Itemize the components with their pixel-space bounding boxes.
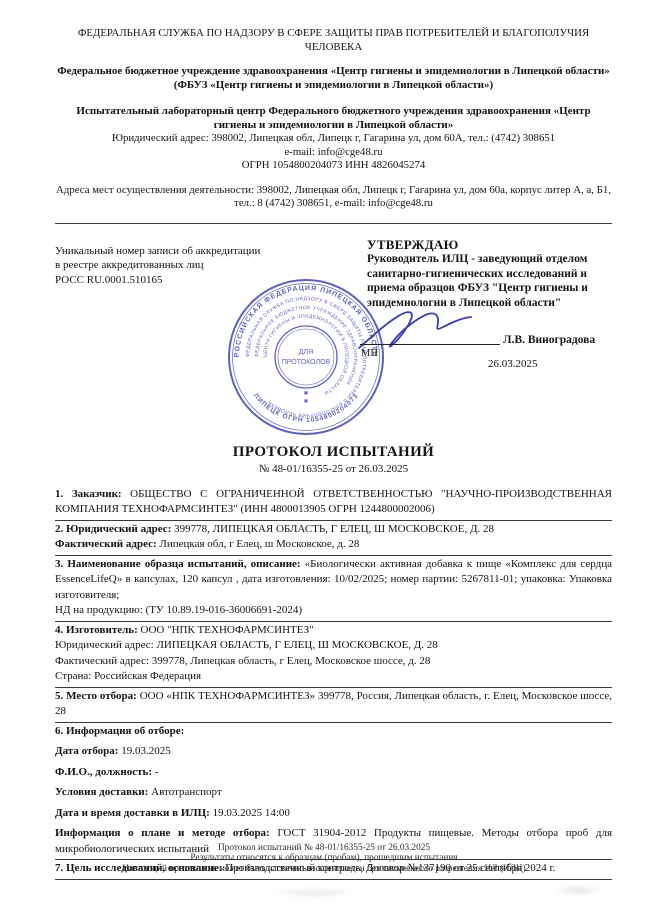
legal-address-row: 2. Юридический адрес: 399778, ЛИПЕЦКАЯ О…: [55, 522, 612, 538]
stamp-star-icon: ✱: [303, 390, 308, 397]
signature-line: [360, 344, 500, 345]
footer-results-note: Результаты относятся к образцам (пробам)…: [0, 853, 648, 863]
stamp-place-label: МП: [361, 348, 378, 359]
stamp-center-line1: ДЛЯ: [299, 349, 313, 356]
signer-name: Л.В. Виноградова: [503, 334, 595, 346]
sampler-row: Ф.И.О., должность: -: [55, 765, 612, 781]
accreditation-line1: Уникальный номер записи об аккредитации: [55, 244, 260, 259]
sampler-label: Ф.И.О., должность:: [55, 766, 152, 778]
protocol-document-page: ФЕДЕРАЛЬНАЯ СЛУЖБА ПО НАДЗОРУ В СФЕРЕ ЗА…: [0, 0, 648, 909]
section-sampling-info: 6. Информация об отборе: Дата отбора: 19…: [55, 723, 612, 861]
sample-description-row: 3. Наименование образца испытаний, описа…: [55, 557, 612, 604]
legal-address-line: Юридический адрес: 398002, Липецкая обл,…: [55, 132, 612, 146]
sample-description-label: 3. Наименование образца испытаний, описа…: [55, 558, 301, 570]
legal-address-label: 2. Юридический адрес:: [55, 523, 171, 535]
sampler-value: -: [155, 766, 159, 778]
approval-date: 26.03.2025: [488, 358, 538, 370]
delivery-conditions-value: Автотранспорт: [151, 786, 222, 798]
actual-address-row: Фактический адрес: Липецкая обл, г Елец,…: [55, 537, 612, 553]
stamp-star-icon: ✱: [303, 398, 308, 405]
page-footer: Протокол испытаний № 48-01/16355-25 от 2…: [0, 843, 648, 874]
section-sampling-place: 5. Место отбора: ООО «НПК ТЕХНОФАРМСИНТЕ…: [55, 688, 612, 723]
protocol-title-block: ПРОТОКОЛ ИСПЫТАНИЙ № 48-01/16355-25 от 2…: [55, 444, 612, 475]
footer-protocol-ref: Протокол испытаний № 48-01/16355-25 от 2…: [0, 843, 648, 853]
sampling-date-label: Дата отбора:: [55, 745, 118, 757]
federal-service-name: ФЕДЕРАЛЬНАЯ СЛУЖБА ПО НАДЗОРУ В СФЕРЕ ЗА…: [55, 26, 612, 54]
sampling-method-label: Информация о плане и методе отбора:: [55, 827, 270, 839]
organization-name: Федеральное бюджетное учреждение здравоо…: [55, 64, 612, 92]
actual-address-label: Фактический адрес:: [55, 538, 157, 550]
manufacturer-row: 4. Изготовитель: ООО "НПК ТЕХНОФАРМСИНТЕ…: [55, 623, 612, 639]
sampling-info-label: 6. Информация об отборе:: [55, 724, 612, 740]
manufacturer-name: ООО "НПК ТЕХНОФАРМСИНТЕЗ": [141, 624, 314, 636]
section-sample: 3. Наименование образца испытаний, описа…: [55, 556, 612, 622]
sampling-date-row: Дата отбора: 19.03.2025: [55, 744, 612, 760]
section-customer-text: ОБЩЕСТВО С ОГРАНИЧЕННОЙ ОТВЕТСТВЕННОСТЬЮ…: [55, 488, 612, 516]
sampling-place-text: ООО «НПК ТЕХНОФАРМСИНТЕЗ» 399778, Россия…: [55, 690, 612, 718]
scan-smudge: [553, 885, 605, 896]
email-line: e-mail: info@cge48.ru: [55, 146, 612, 160]
protocol-sections: 1. Заказчик: ОБЩЕСТВО С ОГРАНИЧЕННОЙ ОТВ…: [55, 486, 612, 880]
manufacturer-actual-address: Фактический адрес: 399778, Липецкая обла…: [55, 654, 612, 670]
signature-icon: [353, 306, 513, 354]
protocol-number: № 48-01/16355-25 от 26.03.2025: [55, 463, 612, 475]
testing-lab-center-name: Испытательный лабораторный центр Федерал…: [55, 104, 612, 132]
section-addresses: 2. Юридический адрес: 399778, ЛИПЕЦКАЯ О…: [55, 521, 612, 556]
arrival-label: Дата и время доставки в ИЛЦ:: [55, 807, 210, 819]
section-manufacturer: 4. Изготовитель: ООО "НПК ТЕХНОФАРМСИНТЕ…: [55, 622, 612, 688]
legal-address-value: 399778, ЛИПЕЦКАЯ ОБЛАСТЬ, Г ЕЛЕЦ, Ш МОСК…: [174, 523, 494, 535]
arrival-value: 19.03.2025 14:00: [213, 807, 290, 819]
protocol-title: ПРОТОКОЛ ИСПЫТАНИЙ: [55, 444, 612, 461]
accreditation-line2: в реестре аккредитованных лиц: [55, 258, 260, 273]
manufacturer-label: 4. Изготовитель:: [55, 624, 138, 636]
sampling-place-label: 5. Место отбора:: [55, 690, 137, 702]
approve-title: УТВЕРЖДАЮ: [367, 238, 625, 253]
document-content: ФЕДЕРАЛЬНАЯ СЛУЖБА ПО НАДЗОРУ В СФЕРЕ ЗА…: [55, 0, 612, 880]
delivery-conditions-label: Условия доставки:: [55, 786, 148, 798]
delivery-conditions-row: Условия доставки: Автотранспорт: [55, 785, 612, 801]
manufacturer-country: Страна: Российская Федерация: [55, 669, 612, 685]
approval-band: Уникальный номер записи об аккредитации …: [55, 224, 612, 436]
nd-row: НД на продукцию: (ТУ 10.89.19-016-360066…: [55, 603, 612, 619]
scan-smudge: [268, 888, 360, 897]
organization-name-line2: (ФБУЗ «Центр гигиены и эпидемиологии в Л…: [174, 79, 493, 91]
approver-position: Руководитель ИЛЦ - заведующий отделом са…: [367, 252, 625, 310]
organization-name-line1: Федеральное бюджетное учреждение здравоо…: [57, 65, 610, 77]
stamp-center-line2: ПРОТОКОЛОВ: [282, 359, 331, 366]
manufacturer-legal-address: Юридический адрес: ЛИПЕЦКАЯ ОБЛАСТЬ, Г Е…: [55, 638, 612, 654]
document-header: ФЕДЕРАЛЬНАЯ СЛУЖБА ПО НАДЗОРУ В СФЕРЕ ЗА…: [55, 0, 612, 224]
activity-addresses-line: Адреса мест осуществления деятельности: …: [55, 184, 612, 211]
footer-reproduction-note: Настоящий протокол не может быть частичн…: [0, 864, 648, 874]
section-customer: 1. Заказчик: ОБЩЕСТВО С ОГРАНИЧЕННОЙ ОТВ…: [55, 486, 612, 521]
ogrn-inn-line: ОГРН 1054800204073 ИНН 4826045274: [55, 159, 612, 173]
sampling-date-value: 19.03.2025: [121, 745, 171, 757]
arrival-row: Дата и время доставки в ИЛЦ: 19.03.2025 …: [55, 806, 612, 822]
approve-block: УТВЕРЖДАЮ Руководитель ИЛЦ - заведующий …: [367, 238, 625, 311]
section-customer-label: 1. Заказчик:: [55, 488, 122, 500]
actual-address-value: Липецкая обл, г Елец, ш Московское, д. 2…: [159, 538, 359, 550]
